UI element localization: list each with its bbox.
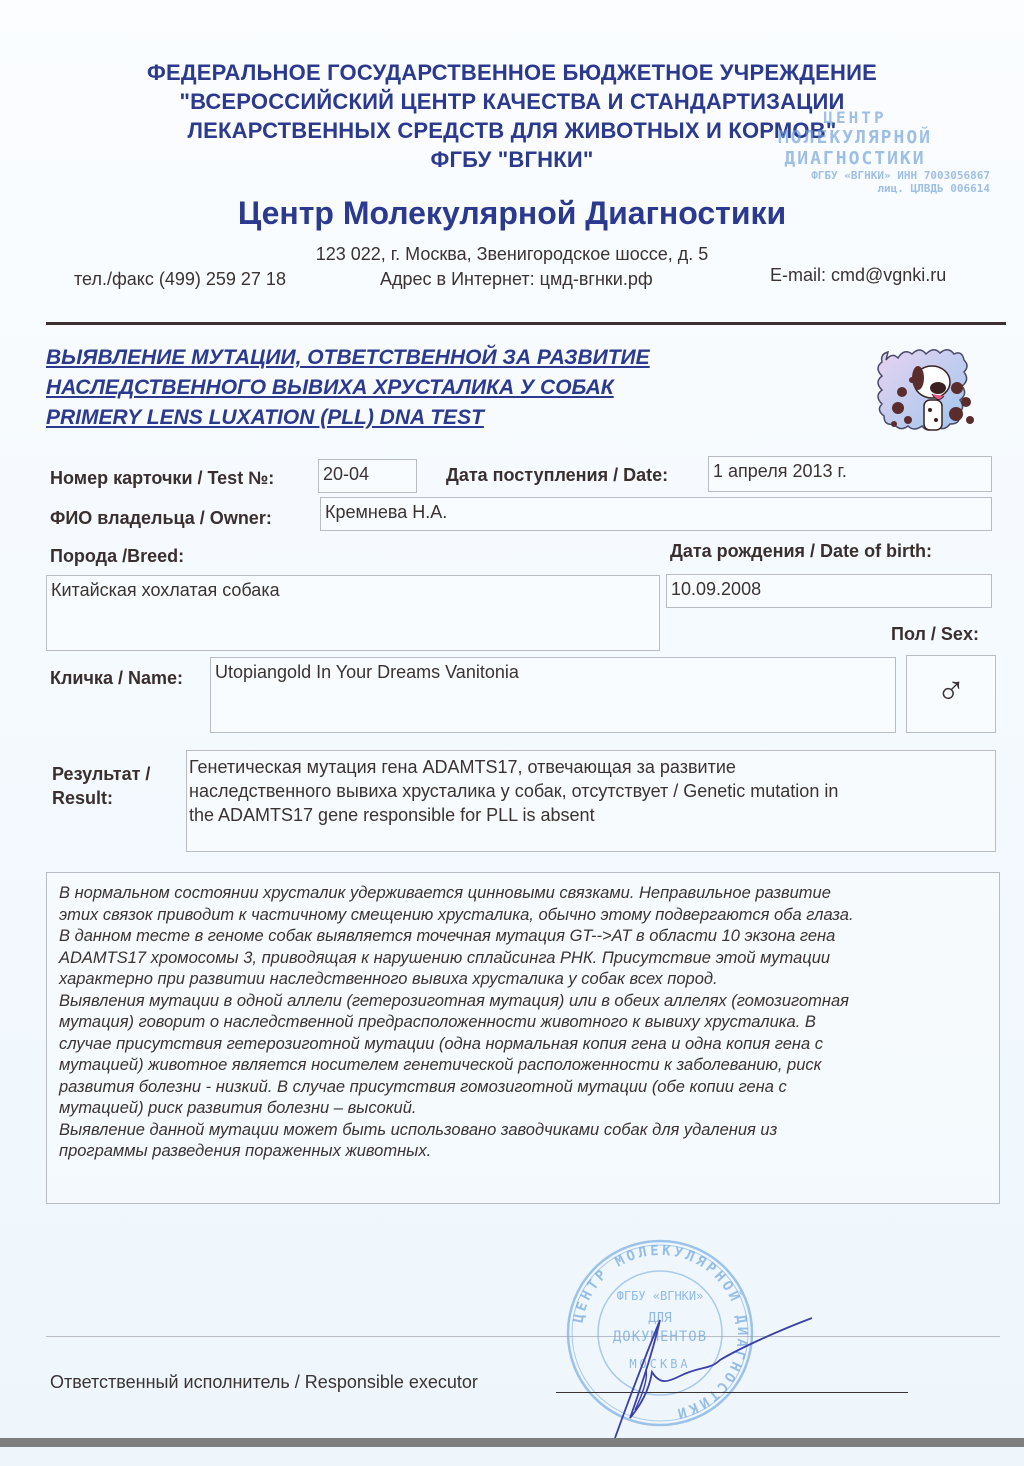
owner-label: ФИО владельца / Owner: [50,508,272,529]
info-line: ADAMTS17 хромосомы 3, приводящая к наруш… [59,948,987,970]
signature [590,1300,830,1440]
breed-field[interactable]: Китайская хохлатая собака [46,575,660,651]
result-line: наследственного вывиха хрусталика у соба… [189,779,993,803]
stamp-line: ДИАГНОСТИКИ [720,148,990,169]
info-line: характерно при развитии наследственного … [59,969,987,991]
sex-label: Пол / Sex: [891,624,979,645]
info-line: мутацией) животное является носителем ге… [59,1055,987,1077]
info-line: Выявления мутации в одной аллели (гетеро… [59,991,987,1013]
stamp-line: лиц. ЦЛВДЬ 006614 [720,182,990,195]
email-link[interactable]: E-mail: cmd@vgnki.ru [770,265,946,286]
test-number-field[interactable]: 20-04 [318,459,417,493]
info-line: программы разведения пораженных животных… [59,1141,987,1163]
dog-name-label: Кличка / Name: [50,668,183,689]
info-line: В данном тесте в геноме собак выявляется… [59,926,987,948]
stamp-line: ЦЕНТР [720,108,990,127]
test-description: В нормальном состоянии хрусталик удержив… [46,872,1000,1204]
test-number-label: Номер карточки / Test №: [50,468,274,489]
sex-field[interactable]: ♂ [906,655,996,733]
result-field[interactable]: Генетическая мутация гена ADAMTS17, отве… [186,750,996,852]
org-name-line-1: ФЕДЕРАЛЬНОЕ ГОСУДАРСТВЕННОЕ БЮДЖЕТНОЕ УЧ… [0,60,1024,86]
stamp-line: МОЛЕКУЛЯРНОЙ [720,127,990,148]
info-line: В нормальном состоянии хрусталик удержив… [59,883,987,905]
result-label-en: Result: [52,786,150,810]
result-line: Генетическая мутация гена ADAMTS17, отве… [189,755,993,779]
dalmatian-dog-icon [872,340,992,448]
test-title: ВЫЯВЛЕНИЕ МУТАЦИИ, ОТВЕТСТВЕННОЙ ЗА РАЗВ… [46,343,650,433]
executor-label: Ответственный исполнитель / Responsible … [50,1372,478,1393]
result-line: the ADAMTS17 gene responsible for PLL is… [189,803,993,827]
address: 123 022, г. Москва, Звенигородское шоссе… [0,244,1024,265]
date-received-label: Дата поступления / Date: [446,465,668,486]
test-title-line-2: НАСЛЕДСТВЕННОГО ВЫВИХА ХРУСТАЛИКА У СОБА… [46,373,650,403]
breed-label: Порода /Breed: [50,546,184,567]
info-line: мутация) говорит о наследственной предра… [59,1012,987,1034]
info-line: Выявление данной мутации может быть испо… [59,1120,987,1142]
scan-edge-bar [0,1438,1024,1447]
owner-field[interactable]: Кремнева Н.А. [320,497,992,531]
header-divider [46,322,1006,325]
stamp-line: ФГБУ «ВГНКИ» ИНН 7003056867 [720,169,990,182]
top-stamp: ЦЕНТР МОЛЕКУЛЯРНОЙ ДИАГНОСТИКИ ФГБУ «ВГН… [720,108,990,195]
footer-divider [46,1336,1000,1337]
result-label-ru: Результат / [52,762,150,786]
male-symbol-icon: ♂ [936,669,966,713]
center-name: Центр Молекулярной Диагностики [0,195,1024,232]
date-received-field[interactable]: 1 апреля 2013 г. [708,456,992,492]
dog-name-field[interactable]: Utopiangold In Your Dreams Vanitonia [210,657,896,733]
test-title-line-1: ВЫЯВЛЕНИЕ МУТАЦИИ, ОТВЕТСТВЕННОЙ ЗА РАЗВ… [46,343,650,373]
info-line: этих связок приводит к частичному смещен… [59,905,987,927]
info-line: мутацией) риск развития болезни – высоки… [59,1098,987,1120]
test-title-line-3: PRIMERY LENS LUXATION (PLL) DNA TEST [46,403,650,433]
phone: тел./факс (499) 259 27 18 [74,269,286,290]
info-line: случае присутствия гетерозиготной мутаци… [59,1034,987,1056]
info-line: развития болезни - низкий. В случае прис… [59,1077,987,1099]
date-of-birth-label: Дата рождения / Date of birth: [670,541,932,562]
result-label: Результат / Result: [52,762,150,810]
website-link[interactable]: Адрес в Интернет: цмд-вгнки.рф [380,269,653,290]
date-of-birth-field[interactable]: 10.09.2008 [666,574,992,608]
